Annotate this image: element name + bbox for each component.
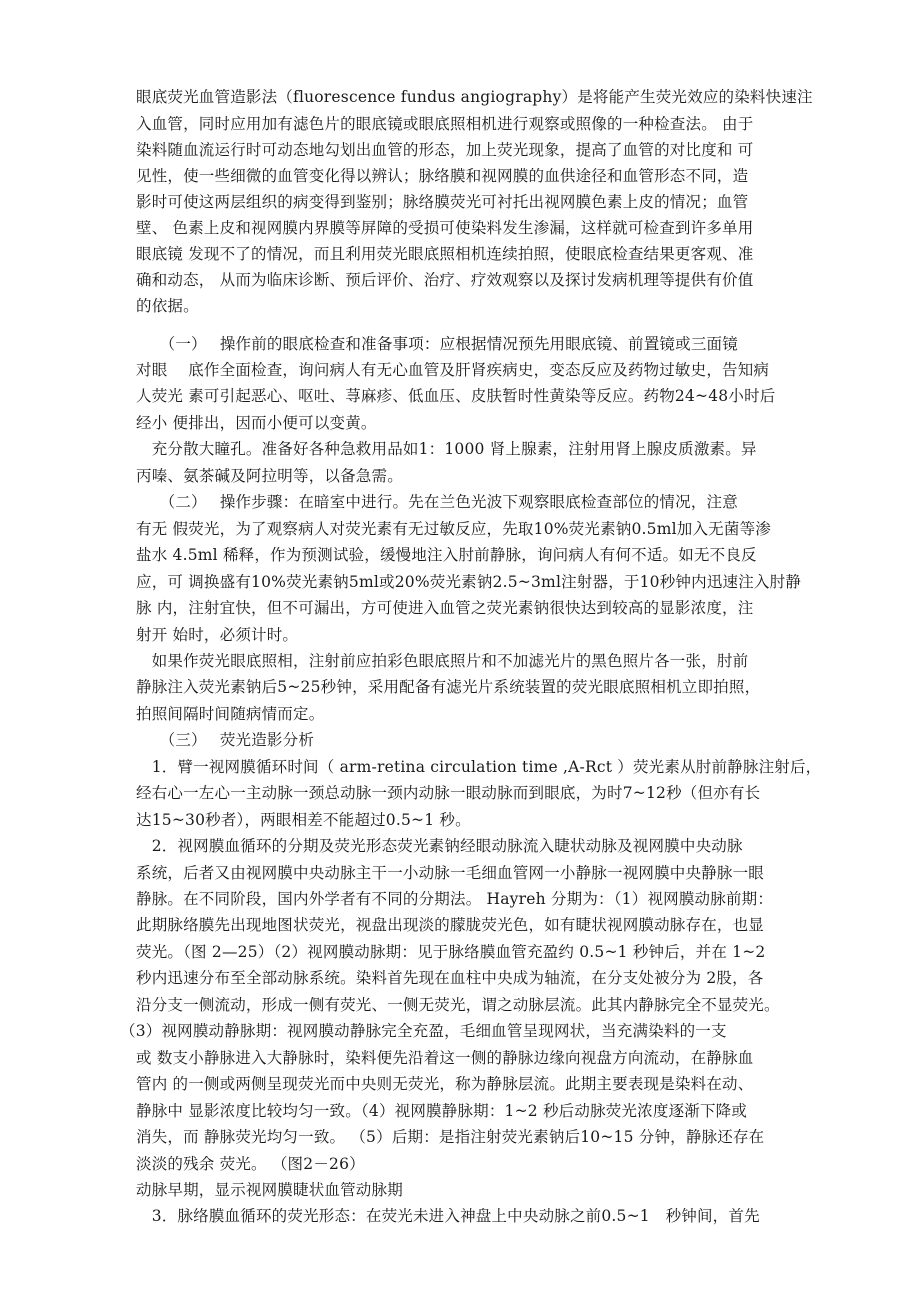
text-line: 入血管，同时应用加有滤色片的眼底镜或眼底照相机进行观察或照像的一种检查法。 由于 — [136, 114, 753, 134]
text-line: （一） 操作前的眼底检查和准备事项：应根据情况预先用眼底镜、前置镜或三面镜 — [136, 334, 738, 354]
text-line: 此期脉络膜先出现地图状荧光，视盘出现淡的朦胧荧光色，如有睫状视网膜动脉存在，也显 — [136, 915, 764, 935]
text-line: 如果作荧光眼底照相，注射前应拍彩色眼底照片和不加滤光片的黑色照片各一张，肘前 — [136, 651, 748, 671]
text-line: 的依据。 — [136, 296, 199, 316]
text-line: 染料随血流运行时可动态地勾划出血管的形态，加上荧光现象，提高了血管的对比度和 可 — [136, 140, 753, 160]
text-line: 影时可使这两层组织的病变得到鉴别；脉络膜荧光可衬托出视网膜色素上皮的情况；血管 — [136, 192, 748, 212]
text-line: 对眼 底作全面检查，询问病人有无心血管及肝肾疾病史，变态反应及药物过敏史，告知病 — [136, 360, 769, 380]
text-line: （二） 操作步骤：在暗室中进行。先在兰色光波下观察眼底检查部位的情况，注意 — [136, 492, 738, 512]
text-line: 经右心一左心一主动脉一颈总动脉一颈内动脉一眼动脉而到眼底，为时7~12秒（但亦有… — [136, 783, 760, 803]
text-line: 丙嗪、氨茶碱及阿拉明等，以备急需。 — [136, 466, 403, 486]
text-line: 2．视网膜血循环的分期及荧光形态荧光素钠经眼动脉流入睫状动脉及视网膜中央动脉 — [136, 836, 743, 856]
text-line: 系统，后者又由视网膜中央动脉主干一小动脉一毛细血管网一小静脉一视网膜中央静脉一眼 — [136, 863, 764, 883]
text-line: 静脉。在不同阶段，国内外学者有不同的分期法。 Hayreh 分期为：（1）视网膜… — [136, 889, 773, 909]
text-line: 或 数支小静脉进入大静脉时，染料便先沿着这一侧的静脉边缘向视盘方向流动，在静脉血 — [136, 1048, 753, 1068]
text-line: 静脉注入荧光素钠后5~25秒钟，采用配备有滤光片系统装置的荧光眼底照相机立即拍照… — [136, 677, 760, 697]
text-line: 沿分支一侧流动，形成一侧有荧光、一侧无荧光，谓之动脉层流。此其内静脉完全不显荧光… — [136, 995, 780, 1015]
text-line: 荧光。（图 2—25）（2）视网膜动脉期：见于脉络膜血管充盈约 0.5~1 秒钟… — [136, 942, 765, 962]
text-line: 应，可 调换盛有10%荧光素钠5ml或20%荧光素钠2.5~3ml注射器，于10… — [136, 572, 801, 592]
text-line: 见性，使一些细微的血管变化得以辨认；脉络膜和视网膜的血供途径和血管形态不同，造 — [136, 166, 748, 186]
text-line: 3．脉络膜血循环的荧光形态：在荧光未进入神盘上中央动脉之前0.5~1 秒钟间，首… — [136, 1206, 760, 1226]
text-line: 人荧光 素可引起恶心、呕吐、荨麻疹、低血压、皮肤暂时性黄染等反应。药物24~48… — [136, 386, 775, 406]
text-line: 拍照间隔时间随病情而定。 — [136, 704, 324, 724]
text-line: 壁、 色素上皮和视网膜内界膜等屏障的受损可使染料发生渗漏，这样就可检查到许多单用 — [136, 218, 753, 238]
text-line: 确和动态， 从而为临床诊断、预后评价、治疗、疗效观察以及探讨发病机理等提供有价值 — [136, 270, 753, 290]
text-line: 秒内迅速分布至全部动脉系统。染料首先现在血柱中央成为轴流，在分支处被分为 2股，… — [136, 968, 764, 988]
text-line: 充分散大瞳孔。准备好各种急救用品如1：1000 肾上腺素，注射用肾上腺皮质激素。… — [136, 439, 757, 459]
text-line: 静脉中 显影浓度比较均匀一致。（4）视网膜静脉期：1~2 秒后动脉荧光浓度逐渐下… — [136, 1101, 747, 1121]
text-line: 眼底镜 发现不了的情况，而且利用荧光眼底照相机连续拍照，使眼底检查结果更客观、准 — [136, 244, 753, 264]
text-line: 消失，而 静脉荧光均匀一致。 （5）后期：是指注射荧光素钠后10~15 分钟，静… — [136, 1127, 764, 1147]
text-line: 射开 始时，必须计时。 — [136, 625, 298, 645]
text-line: 淡淡的残余 荧光。 （图2－26） — [136, 1154, 365, 1174]
text-line: 1．臂一视网膜循环时间（ arm-retina circulation time… — [136, 757, 821, 777]
text-line: 盐水 4.5ml 稀释，作为预测试验，缓慢地注入肘前静脉，询问病人有何不适。如无… — [136, 545, 757, 565]
text-line: 有无 假荧光，为了观察病人对荧光素有无过敏反应，先取10%荧光素钠0.5ml加入… — [136, 519, 771, 539]
text-line: （3）视网膜动静脉期：视网膜动静脉完全充盈，毛细血管呈现网状，当充满染料的一支 — [120, 1021, 727, 1041]
text-line: 管内 的一侧或两侧呈现荧光而中央则无荧光，称为静脉层流。此期主要表现是染料在动、 — [136, 1074, 753, 1094]
text-line: 眼底荧光血管造影法（fluorescence fundus angiograph… — [136, 87, 813, 107]
text-line: 脉 内，注射宜快，但不可漏出，方可使进入血管之荧光素钠很快达到较高的显影浓度，注 — [136, 598, 753, 618]
text-line: 经小 便排出，因而小便可以变黄。 — [136, 413, 377, 433]
text-line: （三） 荧光造影分析 — [136, 730, 314, 750]
document-page: 眼底荧光血管造影法（fluorescence fundus angiograph… — [0, 0, 920, 1302]
text-line: 达15~30秒者），两眼相差不能超过0.5~1 秒。 — [136, 810, 471, 830]
text-line: 动脉早期，显示视网膜睫状血管动脉期 — [136, 1180, 403, 1200]
